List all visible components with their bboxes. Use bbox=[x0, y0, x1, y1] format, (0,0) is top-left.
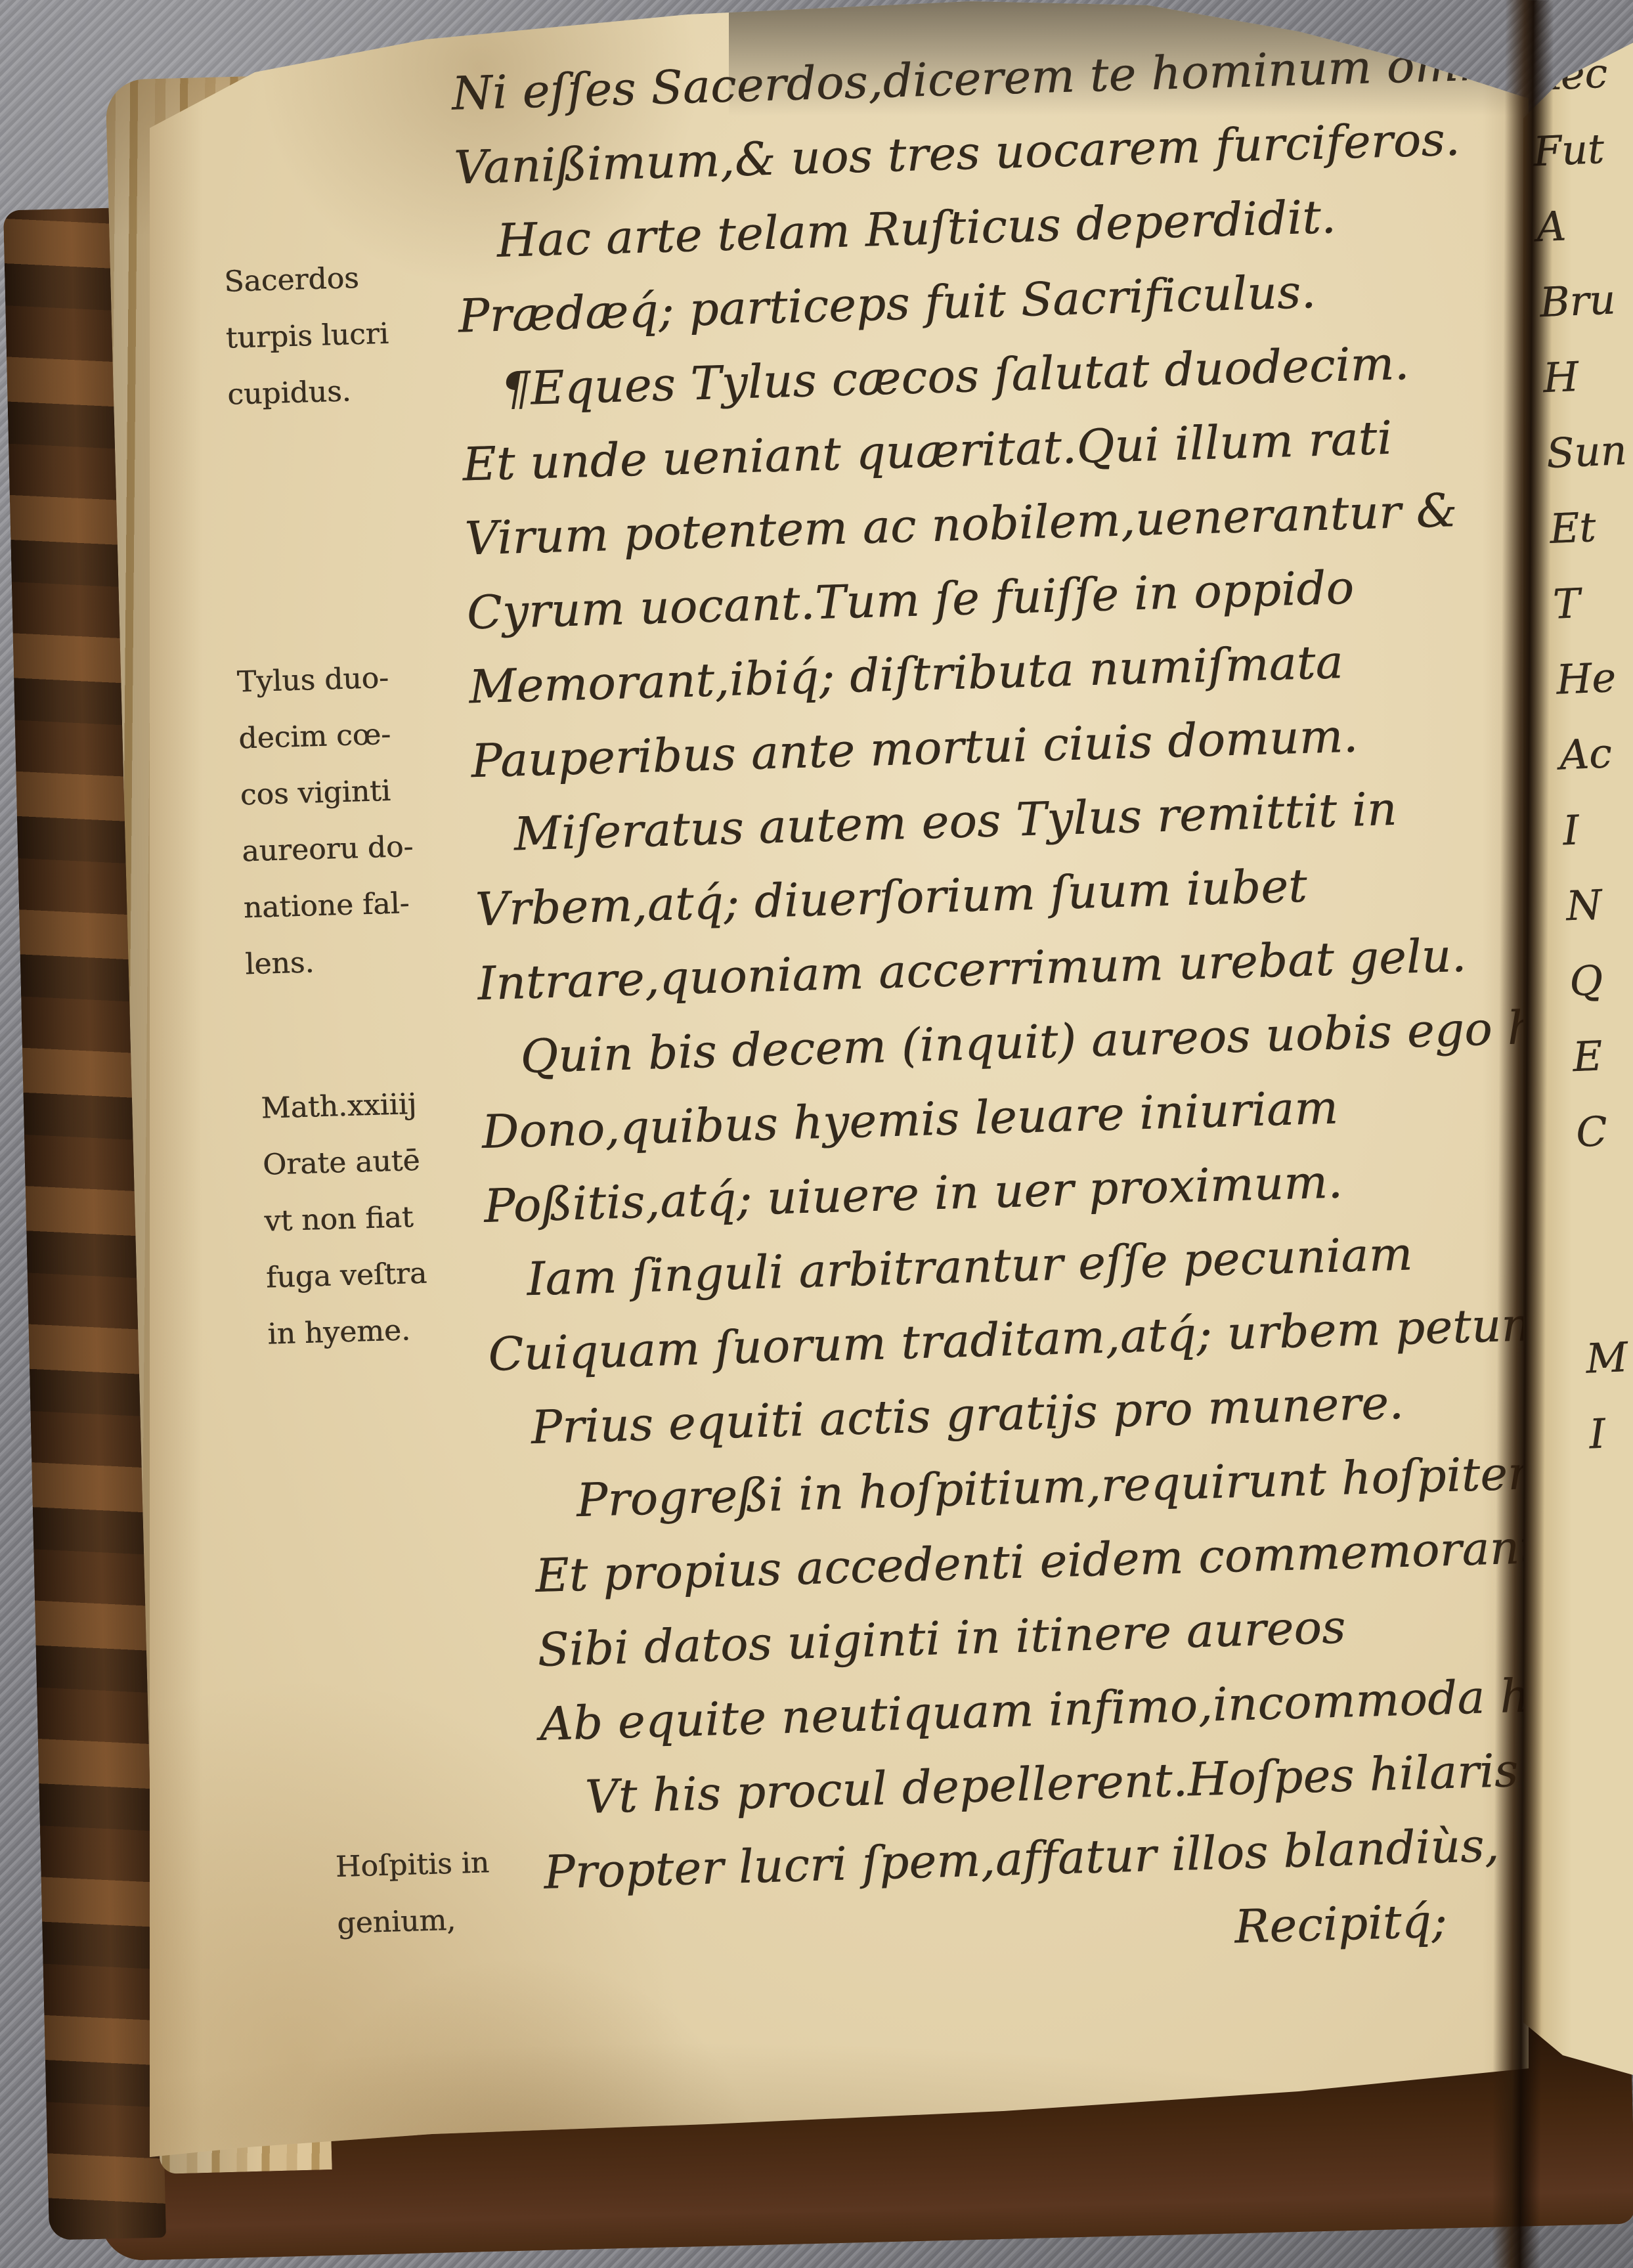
facing-page-fragment: M bbox=[1584, 1318, 1633, 1397]
printed-content: Ni eſſes Sacerdos,dicerem te hominum omn… bbox=[118, 0, 1561, 2268]
facing-page-fragment: Et bbox=[1548, 488, 1632, 567]
margin-note-line: aureoru do- bbox=[241, 817, 479, 880]
facing-page-fragment bbox=[1578, 1167, 1633, 1246]
facing-page-fragment: Ac bbox=[1558, 714, 1633, 793]
facing-page-fragment: He bbox=[1555, 638, 1633, 717]
margin-note-line: decim cœ- bbox=[238, 704, 475, 767]
facing-page-fragment: E bbox=[1571, 1016, 1633, 1095]
facing-page-fragment: H bbox=[1541, 337, 1624, 416]
margin-note-math: Math.xxiiijOrate autēvt non fiatfuga veſ… bbox=[260, 1074, 504, 1363]
margin-note-line: vt non fiat bbox=[263, 1187, 501, 1250]
margin-note-tylus: Tylus duo-decim cœ-cos vigintiaureoru do… bbox=[236, 647, 483, 993]
fabric-background: Ni eſſes Sacerdos,dicerem te hominum omn… bbox=[0, 0, 1633, 2268]
facing-page-fragment: I bbox=[1588, 1393, 1633, 1472]
margin-note-line: turpis lucri bbox=[225, 303, 463, 366]
margin-note-line: Tylus duo- bbox=[236, 647, 474, 710]
margin-note-line: genium, bbox=[336, 1889, 574, 1952]
facing-page-fragment: C bbox=[1575, 1091, 1633, 1170]
margin-note-sacerdos: Sacerdosturpis lucricupidus. bbox=[223, 247, 464, 423]
margin-note-line: Hoſpitis in bbox=[335, 1833, 573, 1896]
facing-page-fragment bbox=[1581, 1242, 1633, 1321]
margin-note-line: fuga veſtra bbox=[265, 1243, 503, 1306]
facing-page-fragment: Sun bbox=[1544, 412, 1628, 491]
facing-page-fragment: N bbox=[1565, 865, 1633, 944]
margin-note-line: Math.xxiiij bbox=[260, 1074, 498, 1137]
book-photograph: { "book": { "left_page": { "verse_lines"… bbox=[0, 0, 1633, 2268]
facing-page-fragment: Q bbox=[1568, 940, 1633, 1019]
verse-text: Ni eſſes Sacerdos,dicerem te hominum omn… bbox=[449, 0, 1557, 1986]
margin-note-line: cupidus. bbox=[227, 360, 464, 423]
margin-note-line: in hyeme. bbox=[267, 1299, 504, 1363]
left-page: Ni eſſes Sacerdos,dicerem te hominum omn… bbox=[150, 0, 1529, 2268]
facing-page-fragment: I bbox=[1561, 789, 1633, 868]
margin-note-line: cos viginti bbox=[240, 760, 477, 823]
margin-note-line: natione fal- bbox=[243, 873, 481, 936]
margin-note-hospitis: Hoſpitis ingenium, bbox=[335, 1833, 575, 1952]
margin-note-line: lens. bbox=[244, 930, 482, 993]
margin-note-line: Orate autē bbox=[262, 1130, 500, 1193]
margin-note-line: Sacerdos bbox=[223, 247, 461, 310]
facing-page-fragment: T bbox=[1552, 563, 1633, 642]
